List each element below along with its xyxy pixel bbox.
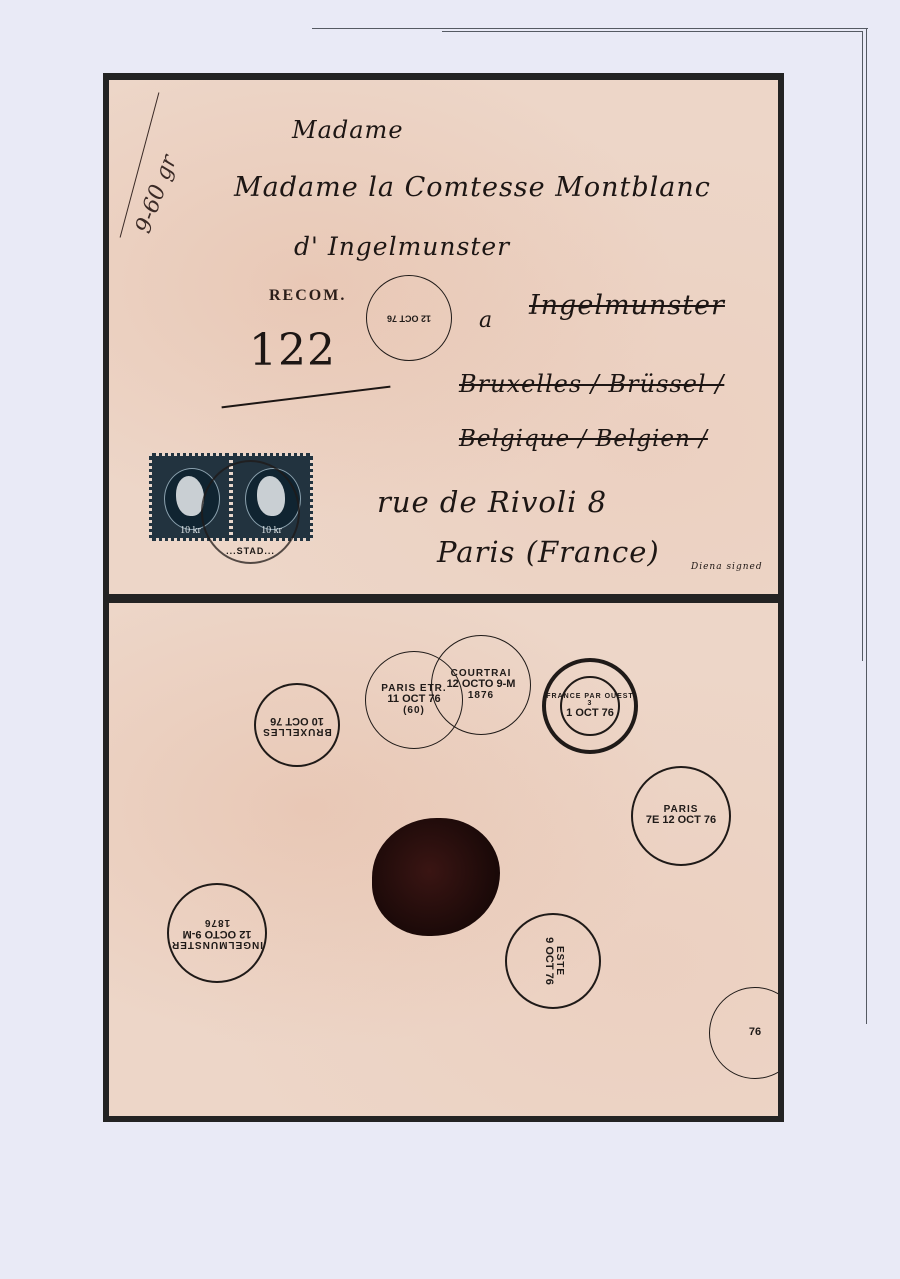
show-through-text (60, 1178, 860, 1238)
postmark-paris: PARIS 7E 12 OCT 76 (631, 766, 731, 866)
postmark-france-par-ouest: FRANCE PAR OUEST 3 1 OCT 76 (542, 658, 638, 754)
postmark-courtrai: COURTRAI 12 OCTO 9-M 1876 (431, 635, 531, 735)
address-new-street: rue de Rivoli 8 (377, 485, 607, 519)
address-new-city: Paris (France) (437, 535, 660, 569)
address-line-3: d' Ingelmunster (294, 232, 510, 261)
wax-seal (372, 818, 500, 936)
stamp-cancel-postmark: ...STAD... (201, 460, 300, 564)
cover-back: BRUXELLES 10 OCT 76 PARIS ETR. 11 OCT 76… (109, 603, 778, 1116)
emperor-portrait-icon (176, 476, 204, 516)
album-rule-top (312, 28, 868, 29)
address-line-2: Madame la Comtesse Montblanc (234, 172, 711, 203)
address-struck-country: Belgique / Belgien / (459, 426, 708, 452)
album-rule-right (866, 28, 867, 1024)
address-struck-town: Ingelmunster (529, 290, 725, 321)
recom-handstamp: RECOM. (269, 287, 346, 305)
postmark-este: ESTE 9 OCT 76 (505, 913, 601, 1009)
album-rule-top-inner (442, 31, 862, 32)
album-rule-right-inner (862, 31, 863, 661)
expert-signature: Diena signed (691, 562, 763, 572)
postmark-bruxelles: BRUXELLES 10 OCT 76 (254, 683, 340, 767)
postmark-partial: 76 (709, 987, 778, 1079)
cover-front: 9-60 gr Madame Madame la Comtesse Montbl… (109, 80, 778, 594)
registration-number: 122 (249, 325, 336, 376)
postmark-ingelmunster: INGELMUNSTER 12 OCTO 9-M 1876 (167, 883, 267, 983)
front-cancel-postmark: 12 OCT 76 (366, 275, 452, 361)
underline-stroke (222, 386, 391, 409)
address-a: a (479, 308, 493, 333)
cover-frame: 9-60 gr Madame Madame la Comtesse Montbl… (103, 73, 784, 1122)
address-struck-city: Bruxelles / Brüssel / (459, 370, 724, 398)
address-line-1: Madame (292, 116, 404, 144)
